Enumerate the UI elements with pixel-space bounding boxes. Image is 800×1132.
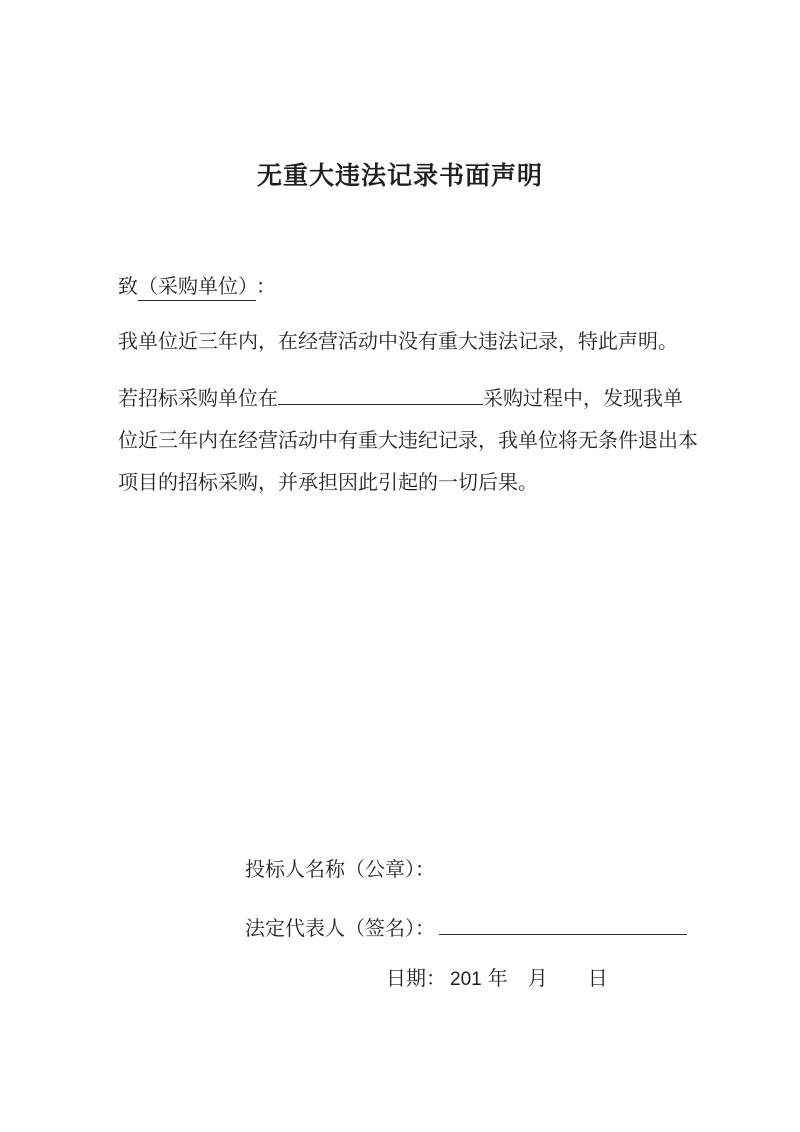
date-line: 日期：201年 月 日: [386, 962, 608, 991]
condition-paragraph-line3: 项目的招标采购，并承担因此引起的一切后果。: [118, 462, 703, 504]
document-title: 无重大违法记录书面声明: [0, 156, 800, 192]
date-suffix: 年 月 日: [488, 968, 608, 990]
declaration-paragraph: 我单位近三年内，在经营活动中没有重大违法记录，特此声明。: [118, 325, 678, 354]
condition-line1-suffix: 采购过程中，发现我单: [483, 388, 683, 410]
date-label: 日期：: [386, 968, 446, 990]
procurement-name-blank-line: [278, 385, 483, 405]
condition-paragraph-line1: 若招标采购单位在采购过程中，发现我单: [118, 378, 703, 420]
bidder-name-label: 投标人名称（公章）：: [245, 853, 435, 882]
salutation-recipient: （采购单位）: [138, 276, 256, 301]
document-page: 无重大违法记录书面声明 致（采购单位）： 我单位近三年内，在经营活动中没有重大违…: [0, 0, 800, 1132]
legal-representative-line: 法定代表人（签名）：: [245, 912, 687, 941]
condition-line1-prefix: 若招标采购单位在: [118, 388, 278, 410]
date-year-number: 201: [450, 969, 482, 990]
salutation-colon: ：: [256, 276, 276, 298]
salutation-line: 致（采购单位）：: [118, 270, 276, 299]
legal-representative-label: 法定代表人（签名）：: [245, 918, 435, 940]
signature-blank-line: [439, 915, 687, 935]
salutation-prefix: 致: [118, 276, 138, 298]
condition-paragraph-line2: 位近三年内在经营活动中有重大违纪记录，我单位将无条件退出本: [118, 420, 703, 462]
condition-paragraph: 若招标采购单位在采购过程中，发现我单 位近三年内在经营活动中有重大违纪记录，我单…: [118, 378, 703, 504]
